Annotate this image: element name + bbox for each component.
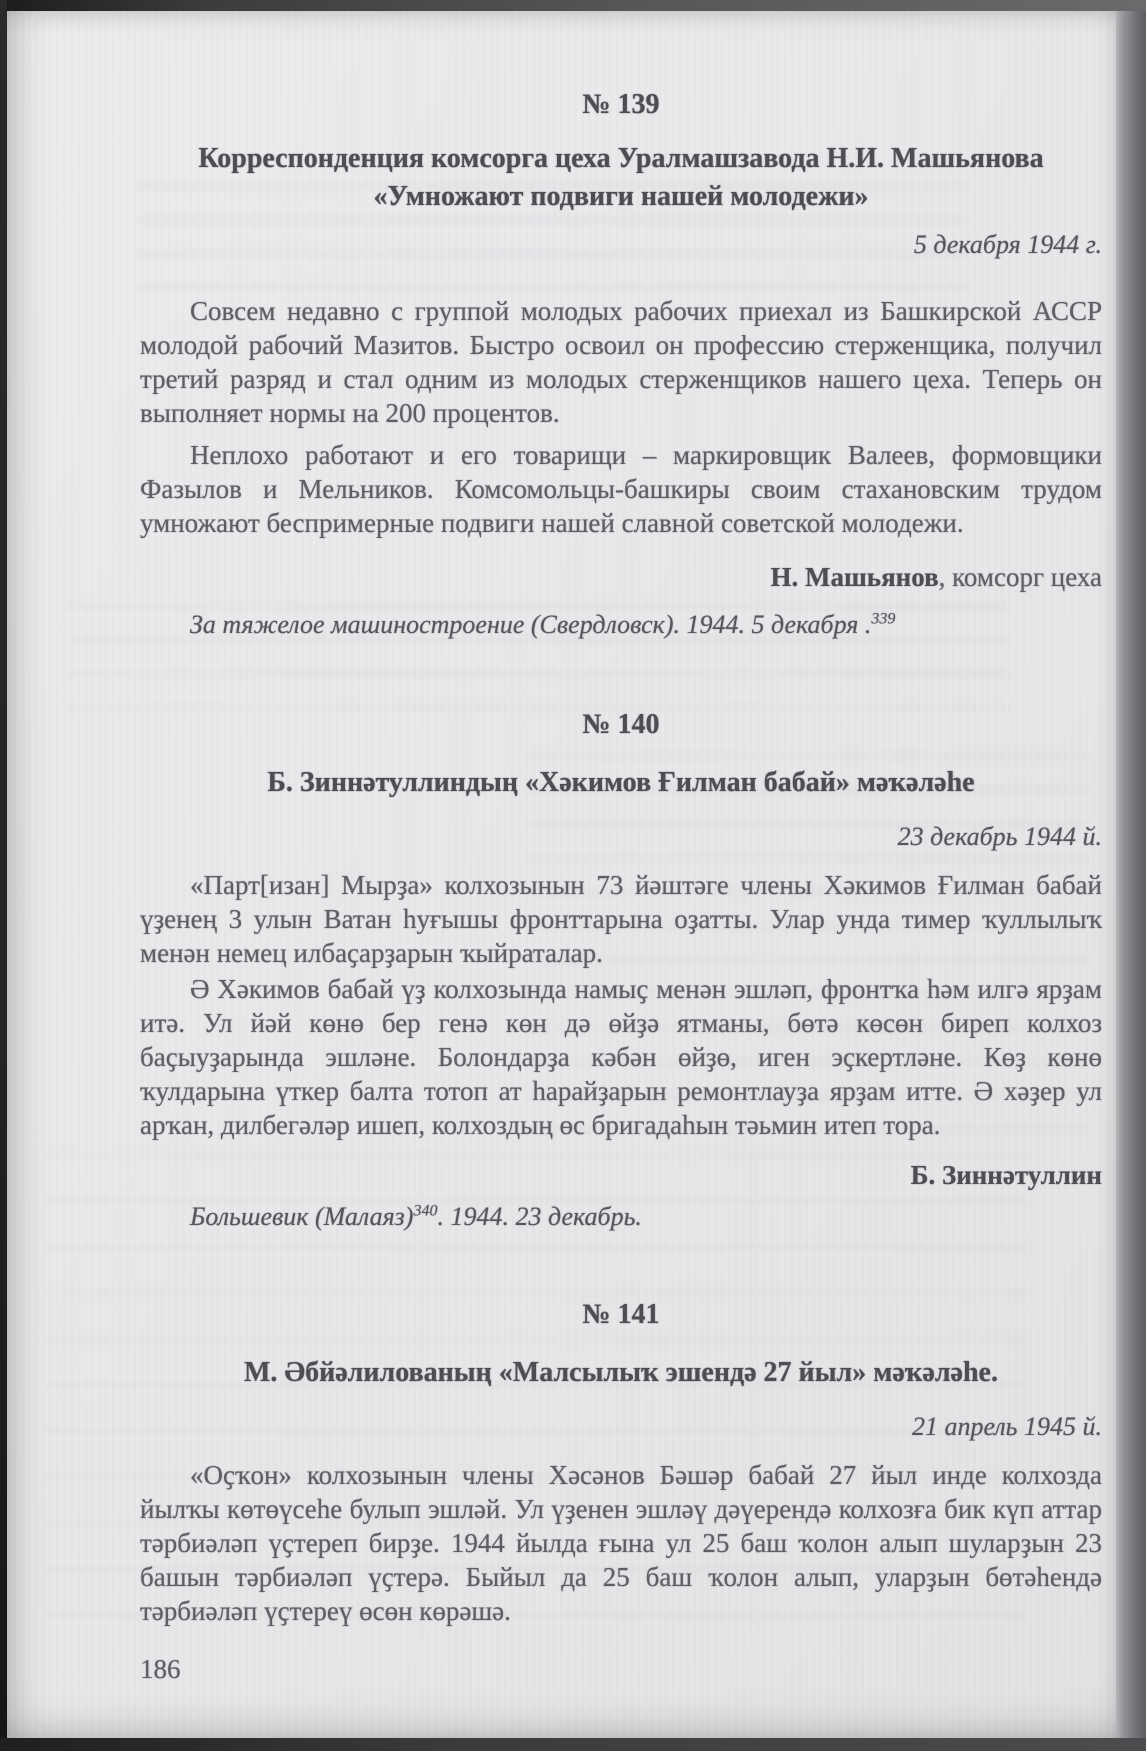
document-title-line: М. Әбйәлилованың «Малсылыҡ эшендә 27 йыл…: [140, 1354, 1102, 1392]
document-title: Корреспонденция комсорга цеха Уралмашзав…: [140, 140, 1102, 216]
document-number: № 141: [140, 1298, 1102, 1332]
document-paragraph: Совсем недавно с группой молодых рабочих…: [140, 294, 1102, 430]
scan-edge-top: [0, 0, 1146, 11]
document-title-line: Корреспонденция комсорга цеха Уралмашзав…: [140, 140, 1102, 178]
document-paragraph: Ә Хәкимов бабай үҙ колхозында намыҫ менә…: [140, 972, 1102, 1142]
document-paragraph: «Оҫҡон» колхозынын члены Хәсәнов Бәшәр б…: [140, 1458, 1102, 1628]
footnote-marker: 340: [413, 1202, 437, 1219]
document-paragraph: «Парт[изан] Мырҙа» колхозынын 73 йәштәге…: [140, 868, 1102, 970]
document-title: М. Әбйәлилованың «Малсылыҡ эшендә 27 йыл…: [140, 1354, 1102, 1392]
page-number: 186: [140, 1652, 1102, 1686]
source-text: За тяжелое машиностроение (Свердловск). …: [190, 610, 871, 639]
footnote-marker: 339: [871, 610, 895, 627]
signature-role: , комсорг цеха: [939, 562, 1102, 592]
document-signature: Н. Машьянов, комсорг цеха: [140, 560, 1102, 594]
document-source: Большевик (Малаяз)340. 1944. 23 декабрь.: [140, 1200, 1102, 1234]
document-date: 21 апрель 1945 й.: [140, 1410, 1102, 1444]
document-number: № 140: [140, 708, 1102, 742]
scan-edge-bottom: [0, 1738, 1146, 1751]
signature-name: Н. Машьянов: [771, 562, 939, 592]
signature-name: Б. Зиннәтуллин: [911, 1160, 1102, 1190]
document-source: За тяжелое машиностроение (Свердловск). …: [140, 608, 1102, 642]
document-signature: Б. Зиннәтуллин: [140, 1158, 1102, 1192]
document-title: Б. Зиннәтуллиндың «Хәкимов Ғилман бабай»…: [140, 764, 1102, 802]
page-paper: № 139 Корреспонденция комсорга цеха Урал…: [7, 11, 1116, 1738]
source-text: . 1944. 23 декабрь.: [437, 1202, 641, 1231]
document-number: № 139: [140, 88, 1102, 122]
document-date: 23 декабрь 1944 й.: [140, 820, 1102, 854]
source-text: Большевик (Малаяз): [190, 1202, 413, 1231]
document-paragraph: Неплохо работают и его товарищи – маркир…: [140, 438, 1102, 540]
scanned-book-page: № 139 Корреспонденция комсорга цеха Урал…: [0, 0, 1146, 1751]
document-title-line: «Умножают подвиги нашей молодежи»: [140, 178, 1102, 216]
scan-edge-left: [0, 0, 7, 1751]
page-content: № 139 Корреспонденция комсорга цеха Урал…: [0, 0, 1146, 1751]
document-title-line: Б. Зиннәтуллиндың «Хәкимов Ғилман бабай»…: [140, 764, 1102, 802]
document-date: 5 декабря 1944 г.: [140, 228, 1102, 262]
